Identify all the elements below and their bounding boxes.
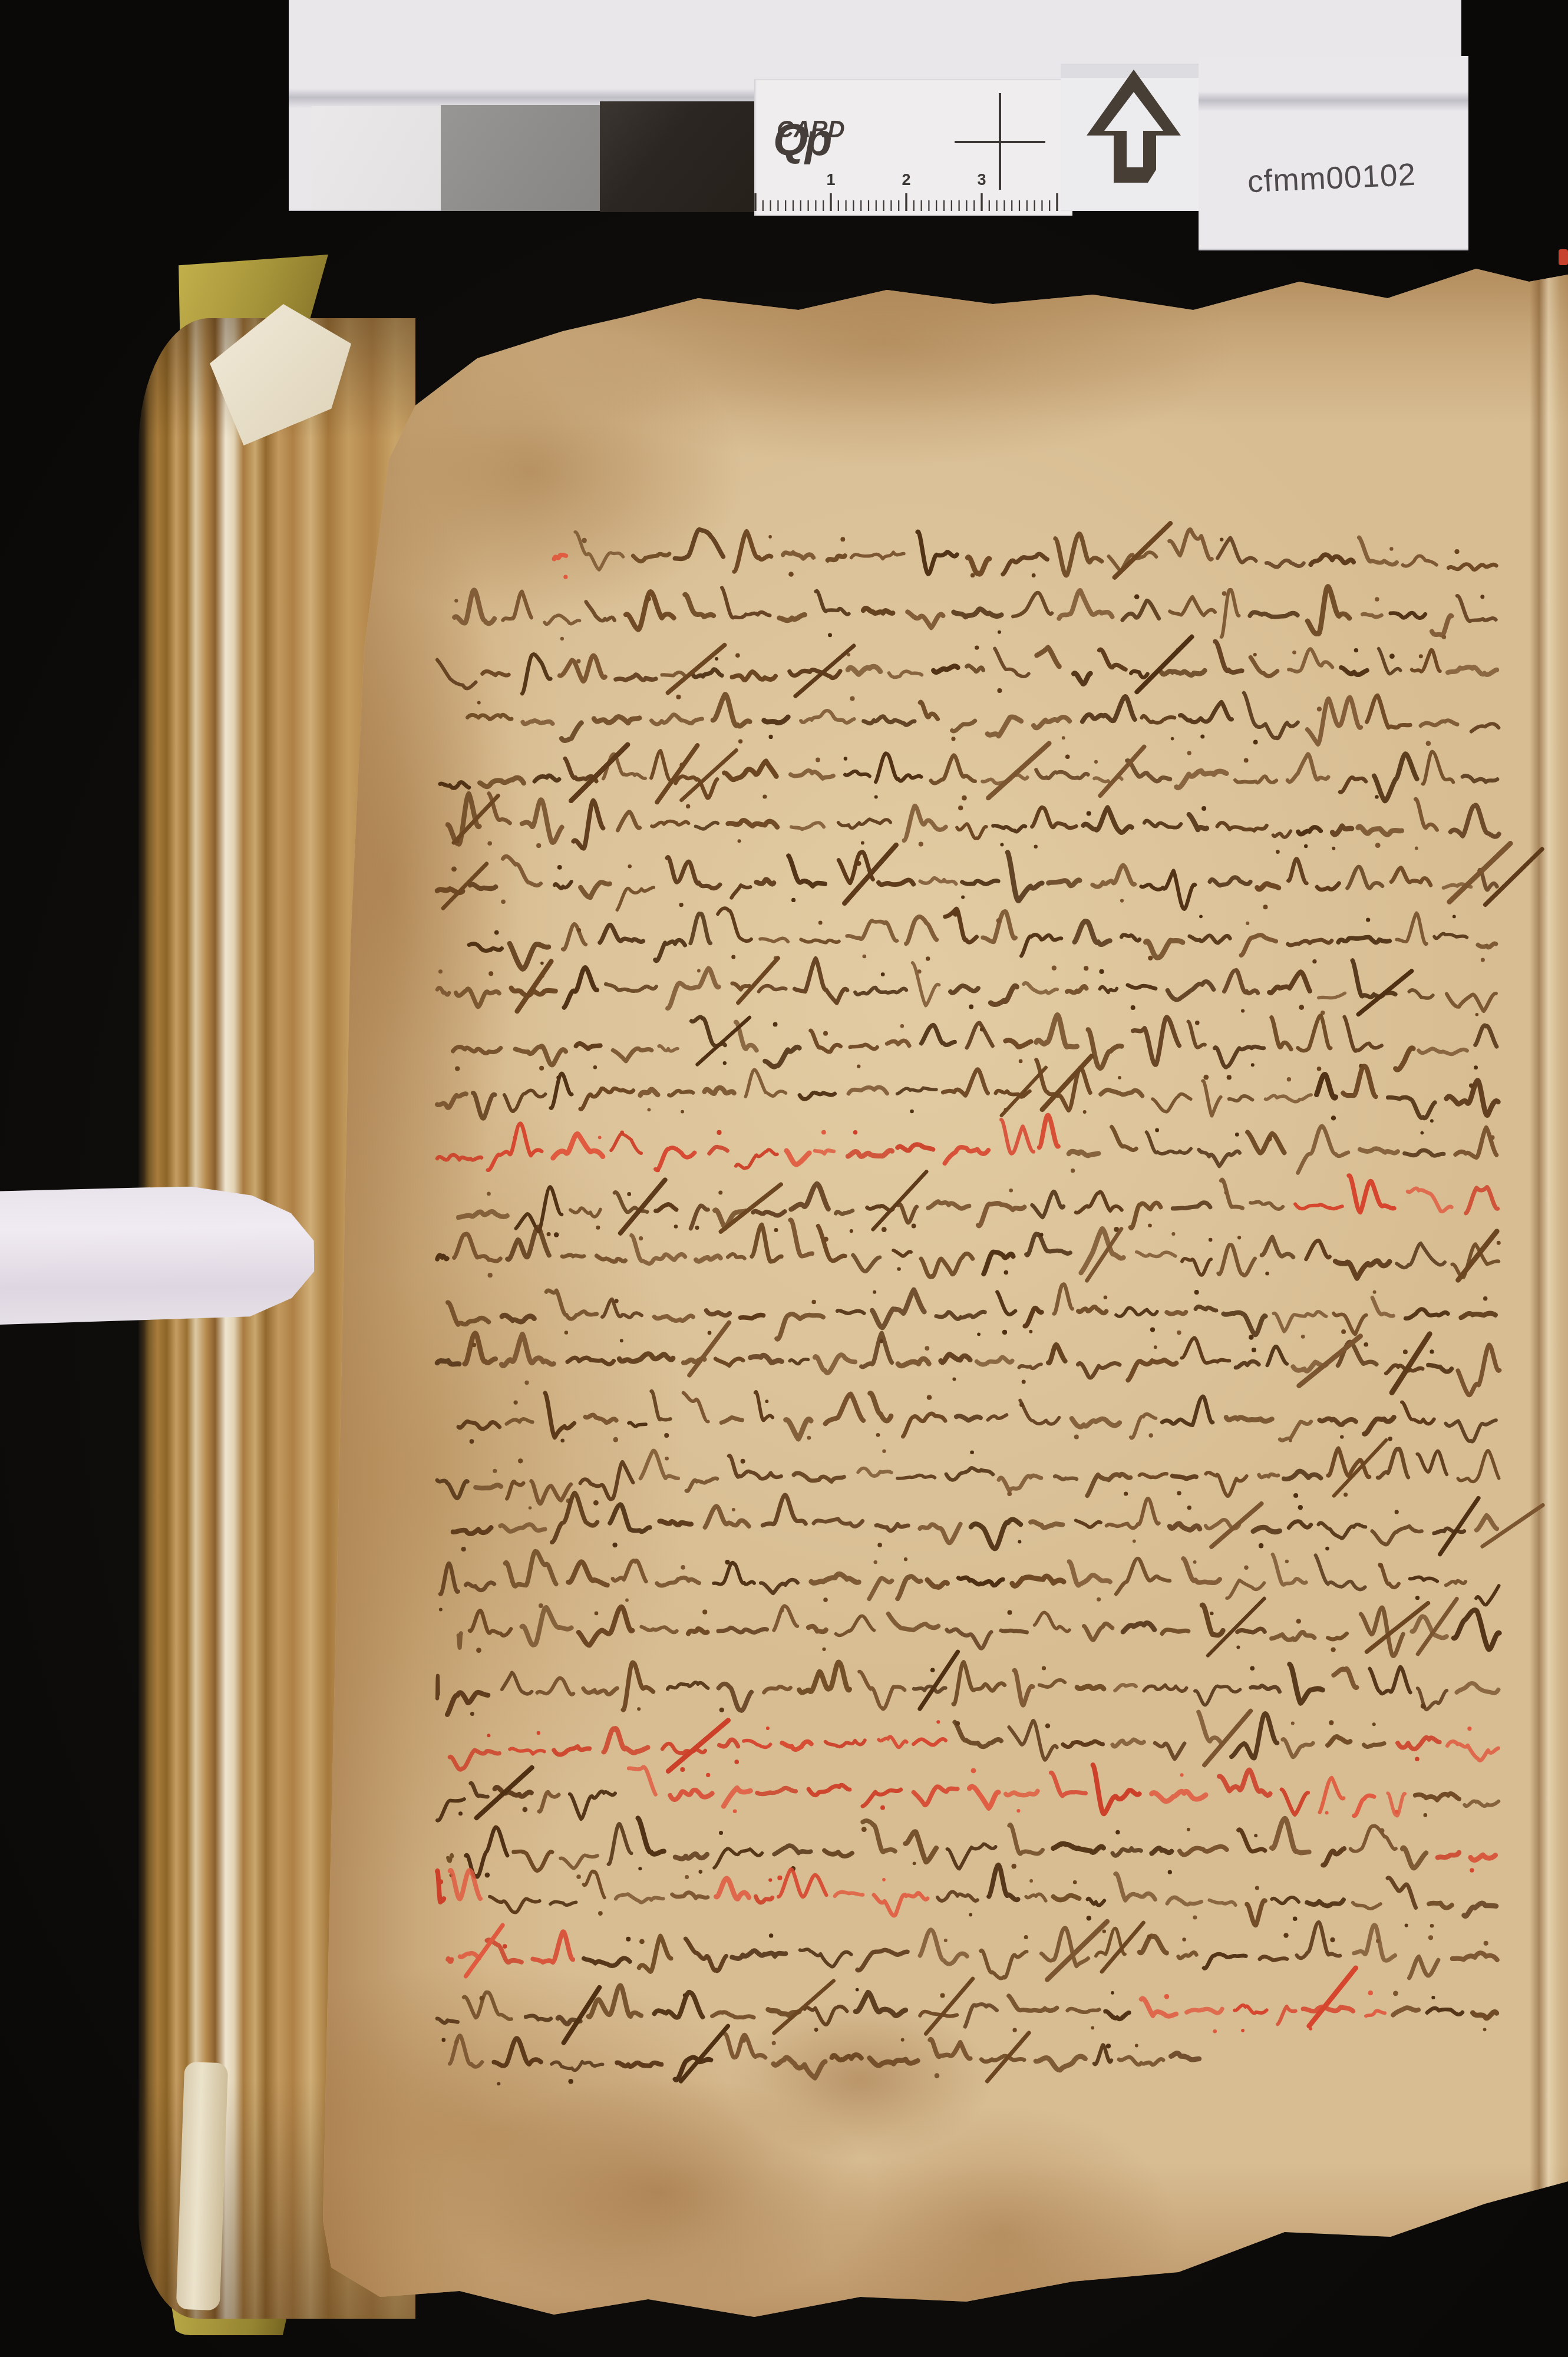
orientation-arrow-card <box>1061 64 1206 211</box>
shelfmark-label-card <box>1199 56 1468 250</box>
headband-red-sliver <box>1559 249 1568 265</box>
ruler-number-1: 1 <box>819 171 843 189</box>
manuscript-photo: Qp CARD 1 2 3 cfmm00102 <box>0 0 1568 2357</box>
page-edge-paper-strip <box>176 2062 229 2310</box>
grayscale-patch-white <box>312 106 441 210</box>
bookmark-strip <box>0 1185 321 1328</box>
qpcard-logo-suffix: CARD <box>777 118 845 141</box>
grayscale-patch-black <box>600 101 761 212</box>
grayscale-patch-gray <box>441 105 600 211</box>
card-fold-shadow <box>1199 91 1468 111</box>
ruler-number-2: 2 <box>894 171 918 189</box>
ruler-number-3: 3 <box>970 171 993 189</box>
